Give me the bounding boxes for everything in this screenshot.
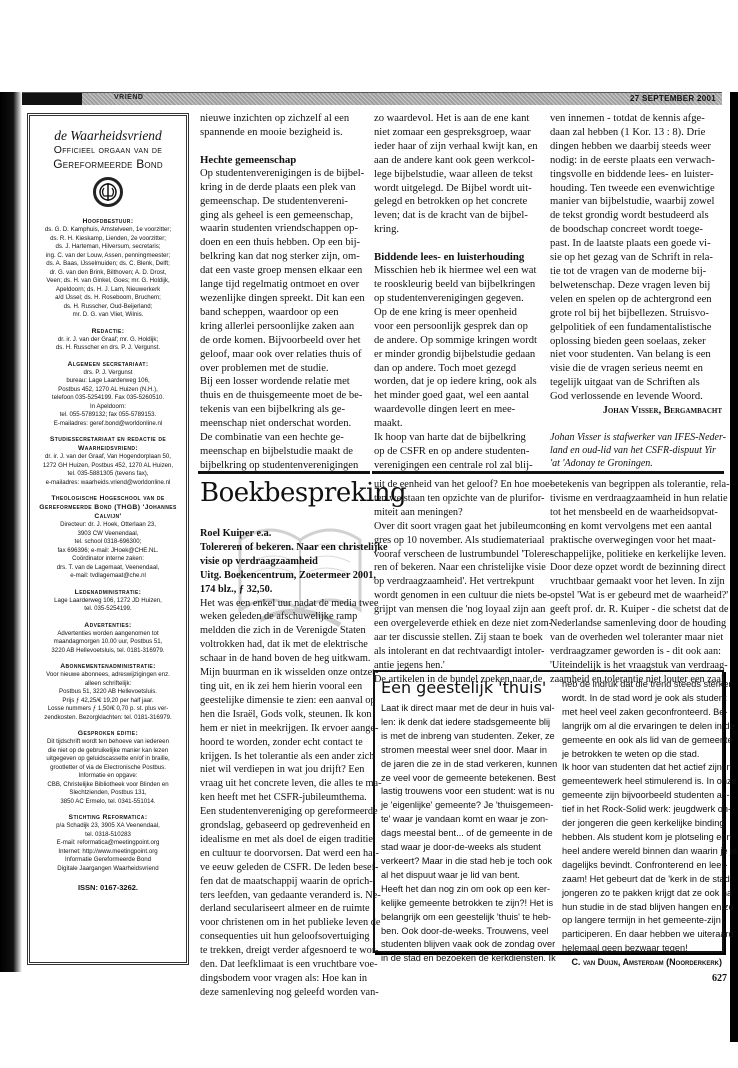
text-line: ren of bekeren. Naar een christelijke vi…	[374, 561, 550, 575]
text-line: grijpt van mensen die 'nog loyaal zijn a…	[374, 603, 550, 617]
text-line: nieuwe inzichten op zichzelf al een	[200, 112, 370, 126]
text-line: ze veel voor de gemeente betekenen. Best	[381, 772, 559, 786]
text-line: jongeren zo te pakken krijgt dat ze ook …	[562, 887, 722, 901]
text-line: len: ik denk dat iedere stadsgemeente bl…	[381, 716, 559, 730]
text-line: helemaal geen bezwaar tegen!	[562, 942, 722, 956]
text-line: ben. Ook door-de-weeks. Trouwens, veel	[381, 925, 559, 939]
article-text: nieuwe inzichten op zichzelf al eenspann…	[200, 112, 370, 140]
text-line: Over dit soort vragen gaat het jubileumc…	[374, 520, 550, 534]
colophon-line[interactable]: Internet: http://www.meetingpoint.org	[34, 848, 182, 857]
colophon-section-title: Studiesecretariaat en redactie de Waarhe…	[34, 435, 182, 453]
text-line: meenschap niet onderschat worden.	[200, 417, 370, 431]
text-line: aar ter discussie stellen. Zij staan te …	[374, 631, 550, 645]
text-line: deze samenleving nog geleefd worden van-	[200, 986, 372, 1000]
text-line: langrijk om al die ervaringen te delen i…	[562, 720, 722, 734]
text-line: hem er niet in meekrijgen. Ik ervoer aan…	[200, 722, 372, 736]
text-line: dingen hebben we daarbij steeds weer	[550, 140, 722, 154]
colophon-line: In Apeldoorn:	[34, 403, 182, 412]
text-line: lege bijbelstudie, waar alleen de tekst	[374, 168, 550, 182]
text-line: opstel 'Wat is er gebeurd met de waarhei…	[550, 589, 726, 603]
colophon-line: Advertenties worden aangenomen tot	[34, 630, 182, 639]
text-line: aan de andere kant ook geen werkcol-	[374, 154, 550, 168]
text-line: idealisme en met als doel de eigen tradi…	[200, 833, 372, 847]
masthead-title: de Waarheidsvriend	[34, 128, 182, 144]
colophon-line: Dit tijdschrift wordt ten behoeve van ie…	[34, 738, 182, 747]
scan-edge-left	[0, 92, 22, 972]
text-line: Het was een enkel uur nadat de media twe…	[200, 597, 372, 611]
sidebar-box-geestelijk-thuis: Een geestelijk 'thuis' Laat ik direct ma…	[373, 670, 724, 953]
text-line: wordt uitgelegd. De Bijbel wordt uit-	[374, 182, 550, 196]
text-line: studenten blijven vaak ook de zondag ove…	[381, 938, 559, 952]
colophon-section-title: Advertenties:	[34, 621, 182, 630]
colophon-line[interactable]: fax 696396; e-mail: JHoek@CHE.NL.	[34, 547, 182, 556]
book-title: Tolereren of bekeren. Naar een christeli…	[200, 541, 372, 569]
section-divider	[372, 471, 724, 474]
text-line: spannende en mooie bezigheid is.	[200, 126, 370, 140]
text-line: ieder haar of zijn verhaal kwijt kan, en	[374, 140, 550, 154]
masthead-subtitle-1: Officieel orgaan van de	[34, 144, 182, 157]
colophon-line: 3850 AC Ermelo, tel. 0341-551014.	[34, 798, 182, 807]
review-text: uit de eenheid van het geloof? En hoe mo…	[374, 478, 550, 687]
text-line: De combinatie van een hechte ge-	[200, 431, 370, 445]
text-line: op verdraagzaamheid'. Het vertrekpunt	[374, 575, 550, 589]
header-date: 27 SEPTEMBER 2001	[630, 94, 716, 103]
text-line: heb de indruk dat die trend steeds sterk…	[562, 678, 722, 692]
text-line: hen die Israël, Gods volk, steunen. Ik k…	[200, 708, 372, 722]
sidebar-box-signature: C. van Duijn, Amsterdam (Noorderkerk)	[562, 956, 722, 970]
heading-hechte-gemeenschap: Hechte gemeenschap	[200, 153, 370, 167]
text-line: krijgen. Is het tolerantie als een ander…	[200, 750, 372, 764]
header-dark-block	[22, 93, 82, 105]
text-line: en cultuur te doorvorsen. Dat werd een h…	[200, 847, 372, 861]
colophon-line[interactable]: e-mailadres: waarheids.vriend@worldonlin…	[34, 479, 182, 488]
text-line: kring in de derde plaats een plek van	[200, 181, 370, 195]
text-line: land en oud-lid van het CSFR-dispuut Yir	[550, 444, 722, 457]
colophon-line: ds. J. Harteman, Hilversum, secretaris;	[34, 243, 182, 252]
author-signature: Johan Visser, Bergambacht	[550, 404, 722, 418]
text-line: daan zal hebben (1 Kor. 13 : 8). Drie	[550, 126, 722, 140]
text-line: Bij een losser wordende relatie met	[200, 375, 370, 389]
colophon-line: Informatie Gereformeerde Bond	[34, 856, 182, 865]
text-line: Nederlandse samenleving door de houding	[550, 617, 726, 631]
text-line: voltrokken had, dat ik met de elektrisch…	[200, 638, 372, 652]
colophon-line: 1272 GH Huizen, Postbus 452, 1270 AL Hui…	[34, 462, 182, 471]
text-line: hebben. Als student kom je plotseling ee…	[562, 831, 722, 845]
text-line: een overgeleverde ethiek en deze niet zo…	[374, 617, 550, 631]
text-line: band scheppen, waardoor op een	[200, 306, 370, 320]
colophon-line: grootletter of via de Electronische Post…	[34, 764, 182, 773]
colophon-line: ds. A. Baas, IJsselmuiden; ds. C. Blenk,…	[34, 260, 182, 269]
review-text: Het was een enkel uur nadat de media twe…	[200, 597, 372, 1000]
colophon-line: tel. school 0318-696300;	[34, 538, 182, 547]
text-line: belwetenschap. Deze vragen leven bij	[550, 279, 722, 293]
sidebar-box-text: heb de indruk dat die trend steeds sterk…	[562, 678, 722, 956]
text-line: wezenlijke dingen spreekt. Dit kan een	[200, 292, 370, 306]
text-line: nodig: in de eerste plaats een verwach-	[550, 154, 722, 168]
colophon-section: Ledenadministratie:Lage Laarderweg 106, …	[34, 588, 182, 614]
text-line: wordt genomen in een cultuur die niets b…	[374, 589, 550, 603]
text-line: de jaren die ze in de stad verkeren, kun…	[381, 758, 559, 772]
text-line: lange tijd regelmatig ontmoet en over	[200, 278, 370, 292]
colophon-line: ing. C. van der Louw, Assen, penningmees…	[34, 252, 182, 261]
text-line: past. In de laatste plaats een goede vi-	[550, 237, 722, 251]
text-line: meenschap en bijbelstudie maakt de	[200, 445, 370, 459]
text-line: er minder grondig bijbelstudie gedaan	[374, 348, 550, 362]
text-line: zaam! Het gebeurt dat de 'kerk in de sta…	[562, 873, 722, 887]
article-column-1: nieuwe inzichten op zichzelf al eenspann…	[200, 112, 370, 473]
text-line: dat een vaste groep mensen elkaar een	[200, 264, 370, 278]
text-line: de orde komen. Bijvoorbeeld over het	[200, 334, 370, 348]
text-line: belangrijk om een geestelijk 'thuis' te …	[381, 911, 559, 925]
text-line: gres op 10 november. Als studiemateriaal	[374, 534, 550, 548]
text-line: lastig trouwens voor een student: wat is…	[381, 785, 559, 799]
text-line: ten we staan ten opzichte van de plurifo…	[374, 492, 550, 506]
colophon-line: Informatie en opgave:	[34, 772, 182, 781]
colophon-line: Coördinator interne zaken:	[34, 555, 182, 564]
text-line: je betrokken te weten op die stad.	[562, 748, 722, 762]
text-line: tekenis van een bijbelkring als ge-	[200, 403, 370, 417]
running-header: VRIEND 27 SEPTEMBER 2001	[22, 92, 722, 105]
colophon-line: ds. H. Russcher, Oud-Beijerland;	[34, 303, 182, 312]
text-line: kring allerlei persoonlijke zaken aan	[200, 320, 370, 334]
text-line: het minder goed gaat, wel een aantal	[374, 389, 550, 403]
text-line: Mijn buurman en ik wisselden onze ontzet…	[200, 666, 372, 680]
review-text: betekenis van begrippen als tolerantie, …	[550, 478, 726, 687]
text-line: 174 blz., ƒ 32,50.	[200, 583, 372, 597]
text-line: op studentenverenigingen gegeven.	[374, 292, 550, 306]
text-line: al het dispuut waar je lid van bent.	[381, 869, 559, 883]
text-line: ven innemen - totdat de kennis afge-	[550, 112, 722, 126]
book-publisher: Uitg. Boekencentrum, Zoetermeer 2001,174…	[200, 569, 372, 597]
article-text: ven innemen - totdat de kennis afge-daan…	[550, 112, 722, 404]
colophon-section-title: Theologische Hogeschool van de Gereforme…	[34, 494, 182, 521]
review-column-2: uit de eenheid van het geloof? En hoe mo…	[374, 478, 550, 687]
text-line: tegelijk uitgaat van de Schriften als	[550, 376, 722, 390]
text-line: praktische overwegingen voor het maat-	[550, 534, 726, 548]
review-column-1: Roel Kuiper e.a. Tolereren of bekeren. N…	[200, 527, 372, 1000]
colophon-line: a/d IJssel; ds. H. Roseboom, Bruchem;	[34, 294, 182, 303]
colophon-line: drs. T. van de Lagemaat, Veenendaal,	[34, 564, 182, 573]
article-text: zo waardevol. Het is aan de ene kantniet…	[374, 112, 550, 237]
text-line: vraag uit het concrete leven, die alles …	[200, 777, 372, 791]
text-line: meldden die zich in de Verenigde Staten	[200, 624, 372, 638]
author-note: Johan Visser is stafwerker van IFES-Nede…	[550, 431, 722, 470]
emblem-glyph-icon	[98, 182, 118, 202]
colophon-line: 3220 AB Hellevoetsluis, tel. 0181-316979…	[34, 647, 182, 656]
text-line: gemeentewerk heel stimulerend is. In onz…	[562, 775, 722, 789]
text-line: waardevolle dingen leert en mee-	[374, 403, 550, 417]
colophon-section: Hoofdbestuur:ds. G. D. Kamphuis, Amstelv…	[34, 217, 182, 320]
colophon-section: Abonnementenadministratie:Voor nieuwe ab…	[34, 662, 182, 722]
text-line: te trekken, dreigt verder afgesnoerd te …	[200, 944, 372, 958]
text-line: gelegd en betrokken op het concrete	[374, 195, 550, 209]
colophon-section: Advertenties:Advertenties worden aangeno…	[34, 621, 182, 656]
text-line: leven; dat is de kracht van de bijbel-	[374, 209, 550, 223]
colophon-section: Gesproken editie:Dit tijdschrift wordt t…	[34, 729, 182, 806]
text-line: Een studentenvereniging op gereformeerde	[200, 805, 372, 819]
colophon-line: Directeur: dr. J. Hoek, Otterlaan 23,	[34, 521, 182, 530]
colophon-section: Studiesecretariaat en redactie de Waarhe…	[34, 435, 182, 487]
colophon-line: Lage Laarderweg 106, 1272 JD Huizen,	[34, 597, 182, 606]
colophon-line: Losse nummers ƒ 1,50/€ 0,70 p. st. plus …	[34, 705, 182, 714]
text-line: als intolerant en dat rechtvaardigt into…	[374, 645, 550, 659]
colophon-section: Theologische Hogeschool van de Gereforme…	[34, 494, 182, 581]
text-line: op langere termijn in het gemeente-zijn	[562, 914, 722, 928]
text-line: weken geleden de afschuwelijke ramp	[200, 610, 372, 624]
text-line: dingsbodem voor vragen als: Hoe kan in	[200, 972, 372, 986]
text-line: sie op het gezag van de Schrift in rela-	[550, 251, 722, 265]
text-line: tief in het Rock-Solid werk: jeugdwerk o…	[562, 803, 722, 817]
colophon-section-title: Abonnementenadministratie:	[34, 662, 182, 671]
text-line: Johan Visser is stafwerker van IFES-Nede…	[550, 431, 722, 444]
text-line: tingsvolle en biddende lees- en luister-	[550, 168, 722, 182]
colophon-section: Algemeen secretariaat:drs. P. J. Verguns…	[34, 360, 182, 429]
text-line: geestelijke dimensie te zien: een aanval…	[200, 694, 372, 708]
text-line: dags meestal bent... of de gemeente in d…	[381, 827, 559, 841]
text-line: voor een persoonlijk gesprek dan op	[374, 320, 550, 334]
text-line: niet wil verdiepen in wat jou drijft? Ee…	[200, 763, 372, 777]
text-line: de andere. Op sommige kringen wordt	[374, 334, 550, 348]
text-line: vooraf verscheen de lustrumbundel 'Toler…	[374, 548, 550, 562]
colophon-section-title: Redactie:	[34, 327, 182, 336]
colophon-line: Postbus 51, 3220 AB Hellevoetsluis.	[34, 688, 182, 697]
colophon-line: bureau: Lage Laarderweg 106,	[34, 377, 182, 386]
text-line: miteit aan meningen?	[374, 506, 550, 520]
text-line: Door deze opzet wordt de bezinning direc…	[550, 561, 726, 575]
masthead-subtitle-2: Gereformeerde Bond	[34, 157, 182, 171]
colophon-line: dr. ir. J. van der Graaf; mr. G. Holdijk…	[34, 336, 182, 345]
colophon-line: Voor nieuwe abonnees, adreswijzigingen e…	[34, 671, 182, 680]
colophon-section: Stichting Reformatica:p/a Schadijk 23, 3…	[34, 813, 182, 873]
colophon-line[interactable]: E-mailadres: geref.bond@worldonline.nl	[34, 420, 182, 429]
text-line: maakt.	[374, 417, 550, 431]
text-line: den. Dat leefklimaat is een vruchtbare v…	[200, 958, 372, 972]
colophon-line: dr. G. van den Brink, Bilthoven; A. D. D…	[34, 269, 182, 278]
text-line: geeft prof. dr. R. Kuiper - die schetst …	[550, 603, 726, 617]
text-line: met heel veel zaken geconfronteerd. Be-	[562, 706, 722, 720]
text-line: oplossing bieden geen soelaas, zeker	[550, 335, 722, 349]
review-column-3: betekenis van begrippen als tolerantie, …	[550, 478, 726, 687]
colophon-sections: Hoofdbestuur:ds. G. D. Kamphuis, Amstelv…	[34, 217, 182, 873]
book-author: Roel Kuiper e.a.	[200, 527, 372, 541]
text-line: Ik hoop van harte dat de bijbelkring	[374, 431, 550, 445]
colophon-line: maandagmorgen 10.00 uur, Postbus 51,	[34, 638, 182, 647]
colophon-line: Postbus 452, 1270 AL Huizen (N.H.),	[34, 386, 182, 395]
text-line: niet voor studenten. Van belang is een	[550, 348, 722, 362]
text-line: fen dat de maatschappij waarin de oprich…	[200, 875, 372, 889]
scan-edge-right	[730, 92, 738, 1042]
text-line: Tolereren of bekeren. Naar een christeli…	[200, 541, 372, 555]
colophon-line: ds. G. D. Kamphuis, Amstelveen, 1e voorz…	[34, 226, 182, 235]
text-line: derland seculariseert almeer en de ruimt…	[200, 902, 372, 916]
text-line: stromen meestal weer snel door. Maar in	[381, 744, 559, 758]
colophon-line[interactable]: e-mail: tvdlagemaat@che.nl	[34, 572, 182, 581]
text-line: ve eeuw geleden de CSFR. De leden besef-	[200, 861, 372, 875]
text-line: op de CSFR en op andere studenten-	[374, 445, 550, 459]
text-line: doen en een thuis hebben. Op een bij-	[200, 236, 370, 250]
colophon-section-title: Hoofdbestuur:	[34, 217, 182, 226]
section-divider	[198, 471, 370, 474]
text-line: schaar in de hand boven de heg uitkwam.	[200, 652, 372, 666]
text-line: geloof, maar ook over relaties thuis of	[200, 348, 370, 362]
article-column-2: zo waardevol. Het is aan de ene kantniet…	[374, 112, 550, 473]
text-line: der jongeren die geen kerkelijke binding	[562, 817, 722, 831]
colophon-box: de Waarheidsvriend Officieel orgaan van …	[27, 113, 189, 965]
colophon-line: uitgegeven op geluidscassette en/of in b…	[34, 755, 182, 764]
text-line: Laat ik direct maar met de deur in huis …	[381, 702, 559, 716]
issn: ISSN: 0167-3262.	[34, 883, 182, 892]
text-line: 'at 'Adonay te Groningen.	[550, 457, 722, 470]
text-line: visie die de vragen serieus neemt en	[550, 362, 722, 376]
text-line: kring.	[374, 223, 550, 237]
colophon-line: tel. 035-5254199.	[34, 605, 182, 614]
text-line: je 'eigenlijke' gemeente? Je 'thuisgemee…	[381, 799, 559, 813]
page-number: 627	[712, 973, 727, 984]
text-line: ging als geheel is een gemeenschap,	[200, 209, 370, 223]
text-line: stad waar je door-de-weeks als student	[381, 841, 559, 855]
text-line: grondslag, gebaseerd op gedrevenheid en	[200, 819, 372, 833]
text-line: zo waardevol. Het is aan de ene kant	[374, 112, 550, 126]
text-line: gelpolitiek of een fundamentalistische	[550, 321, 722, 335]
text-line: Op studentenverenigingen is de bijbel-	[200, 167, 370, 181]
text-line: waarin studenten vriendschappen op-	[200, 222, 370, 236]
sidebar-box-column-2: heb de indruk dat die trend steeds sterk…	[562, 678, 722, 970]
text-line: participeren. En daar hebben we uiteraar…	[562, 928, 722, 942]
colophon-line: tel. 035-5881305 (tevens fax),	[34, 470, 182, 479]
text-line: ting uit, en ik zei hem hierin vooral ee…	[200, 680, 372, 694]
colophon-section-title: Algemeen secretariaat:	[34, 360, 182, 369]
text-line: voor christenen om in het publieke leven…	[200, 916, 372, 930]
text-line: hun studie in de stad blijven hangen en …	[562, 901, 722, 915]
sidebar-box-column-1: Laat ik direct maar met de deur in huis …	[381, 702, 559, 966]
text-line: visie op verdraagzaamheid	[200, 555, 372, 569]
text-line: ting en komt vervolgens met een aantal	[550, 520, 726, 534]
text-line: grote rol bij het bijbellezen. Struisvo-	[550, 307, 722, 321]
text-line: uit de eenheid van het geloof? En hoe mo…	[374, 478, 550, 492]
text-line: in de stad en bezoeken de kerkdiensten. …	[381, 952, 559, 966]
colophon-line: Apeldoorn; ds. H. J. Lam, Nieuwerkerk	[34, 286, 182, 295]
colophon-line: Digitale Jaargangen Waarheidsvriend	[34, 865, 182, 874]
text-line: worden, dat je op iedere kring, ook als	[374, 375, 550, 389]
text-line: vruchtbaar gemaakt voor het leven. In zi…	[550, 575, 726, 589]
text-line: God verlossende en levende Woord.	[550, 390, 722, 404]
colophon-line: drs. P. J. Vergunst	[34, 369, 182, 378]
article-text: Misschien heb ik hiermee wel een watte r…	[374, 264, 550, 473]
text-line: hoord te worden, zonder echt contact te	[200, 736, 372, 750]
colophon-line: zendkosten. Bezorgklachten: tel. 0181-31…	[34, 714, 182, 723]
colophon-line: Veen; ds. H. van Ginkel, Goes; mr. G. Ho…	[34, 277, 182, 286]
text-line: tie tot de vragen van de moderne bij-	[550, 265, 722, 279]
colophon-line: Prijs ƒ 42,25/€ 19,20 per half jaar.	[34, 697, 182, 706]
text-line: betekenis van begrippen als tolerantie, …	[550, 478, 726, 492]
text-line: te rooskleurig beeld van bijbelkringen	[374, 278, 550, 292]
text-line: is met de inbreng van studenten. Zeker, …	[381, 730, 559, 744]
text-line: gemeente en ook als lid van de gemeente	[562, 734, 722, 748]
text-line: te' waar je vandaan komt en waar je zon-	[381, 813, 559, 827]
colophon-line: tel. 0318-510283	[34, 831, 182, 840]
colophon-section-title: Ledenadministratie:	[34, 588, 182, 597]
text-line: ken heeft met het CSFR-jubileumthema.	[200, 791, 372, 805]
colophon-line: telefoon 035-5254199. Fax 035-5260510.	[34, 394, 182, 403]
header-section-label: VRIEND	[114, 94, 143, 101]
text-line: consequenties uit hun geloofsovertuiging	[200, 930, 372, 944]
colophon-line: CBB, Christelijke Bibliotheek voor Blind…	[34, 781, 182, 790]
colophon-line: tel. 055-5789132; fax 055-5789153.	[34, 411, 182, 420]
text-line: Misschien heb ik hiermee wel een wat	[374, 264, 550, 278]
colophon-line: ds. H. Russcher en drs. P. J. Vergunst.	[34, 344, 182, 353]
text-line: verkeert? Maar in die stad heb je toch o…	[381, 855, 559, 869]
text-line: van de overheden wel toleranter maar nie…	[550, 631, 726, 645]
text-line: wordt. In de stad word je ook als studen…	[562, 692, 722, 706]
gereformeerde-bond-emblem-icon	[93, 177, 123, 207]
text-line: de boodschap concreet wordt toege-	[550, 223, 722, 237]
text-line: verdraagzamer geworden is - dit ook aan:	[550, 645, 726, 659]
text-line: gemeente zijn bijvoorbeeld studenten ac-	[562, 789, 722, 803]
text-line: belkring kan dat nog sterker zijn, om-	[200, 250, 370, 264]
text-line: Ik hoor van studenten dat het actief zij…	[562, 761, 722, 775]
article-column-3: ven innemen - totdat de kennis afge-daan…	[550, 112, 722, 470]
sidebar-box-title: Een geestelijk 'thuis'	[381, 678, 546, 697]
colophon-line: Slechtzienden, Postbus 131,	[34, 789, 182, 798]
text-line: niet zomaar een gespreksgroep, waar	[374, 126, 550, 140]
text-line: kelijke gemeente betrokken te zijn?! Het…	[381, 897, 559, 911]
colophon-line[interactable]: E-mail: reformatica@meetingpoint.org	[34, 839, 182, 848]
colophon-line: dr. ir. J. van der Graaf, Van Hogendorpl…	[34, 453, 182, 462]
text-line: Op de ene kring is meer openheid	[374, 306, 550, 320]
article-text: Op studentenverenigingen is de bijbel-kr…	[200, 167, 370, 473]
text-line: schappelijke, politieke en kerkelijke le…	[550, 548, 726, 562]
text-line: thuis en de thuisgemeente moet de be-	[200, 389, 370, 403]
text-line: heel andere wereld binnen dan waarin je …	[562, 845, 722, 859]
colophon-line: ds. R. H. Kieskamp, Lienden, 2e voorzitt…	[34, 235, 182, 244]
heading-biddende-houding: Biddende lees- en luisterhouding	[374, 250, 550, 264]
text-line: tot het mensbeeld en de waarheidsopvat-	[550, 506, 726, 520]
text-line: tivisme en verdraagzaamheid in hun relat…	[550, 492, 726, 506]
text-line: de tekst grondig wordt bestudeerd als	[550, 209, 722, 223]
text-line: velen en spelen op de achtergrond een	[550, 293, 722, 307]
colophon-line: die niet op de gebruikelijke manier kan …	[34, 747, 182, 756]
text-line: Heeft het dan nog zin om ook op een ker-	[381, 883, 559, 897]
text-line: dan op andere. Toch moet gezegd	[374, 362, 550, 376]
colophon-section-title: Gesproken editie:	[34, 729, 182, 738]
text-line: gemeenschap. De studentenvereni-	[200, 195, 370, 209]
text-line: dagelijks bevindt. Confronterend en leer…	[562, 859, 722, 873]
text-line: manier van bijbelstudie, waarbij zowel	[550, 195, 722, 209]
text-line: houding. Ten tweede een evenwichtige	[550, 182, 722, 196]
colophon-section: Redactie:dr. ir. J. van der Graaf; mr. G…	[34, 327, 182, 353]
colophon-line: alleen schriftelijk:	[34, 680, 182, 689]
text-line: ters leefden, van gedaante veranderd is.…	[200, 889, 372, 903]
colophon-section-title: Stichting Reformatica:	[34, 813, 182, 822]
text-line: Uitg. Boekencentrum, Zoetermeer 2001,	[200, 569, 372, 583]
text-line: over problemen met de studie.	[200, 362, 370, 376]
colophon-line: mr. D. G. van Vliet, Wilnis.	[34, 311, 182, 320]
colophon-line: p/a Schadijk 23, 3905 XA Veenendaal,	[34, 822, 182, 831]
colophon-line: 3903 CW Veenendaal,	[34, 530, 182, 539]
